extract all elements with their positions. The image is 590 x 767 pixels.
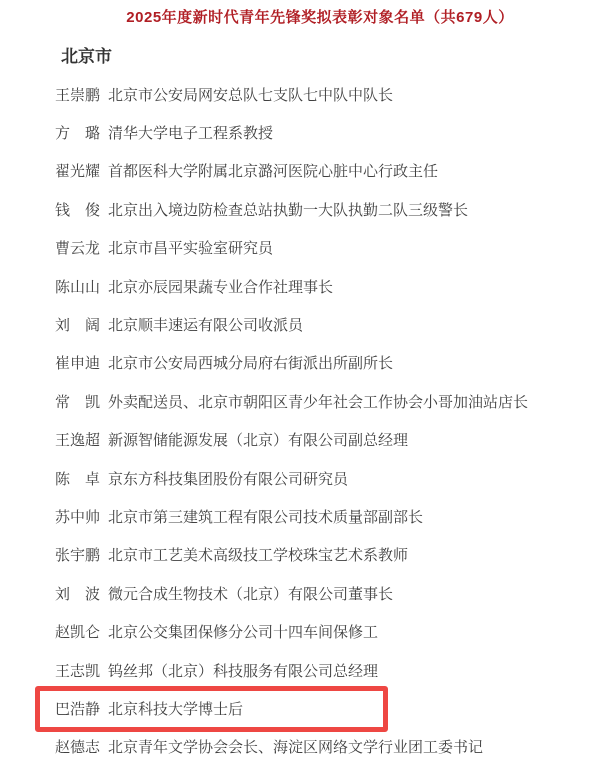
person-title: 北京市第三建筑工程有限公司技术质量部副部长 bbox=[108, 506, 423, 527]
list-item: 王崇鹏 北京市公安局网安总队七支队七中队中队长 bbox=[0, 75, 590, 113]
list-item: 王逸超 新源智储能源发展（北京）有限公司副总经理 bbox=[0, 421, 590, 459]
list-item: 张宇鹏 北京市工艺美术高级技工学校珠宝艺术系教师 bbox=[0, 536, 590, 574]
person-title: 北京市公安局西城分局府右街派出所副所长 bbox=[108, 352, 393, 373]
person-name: 张宇鹏 bbox=[55, 544, 100, 565]
list-item: 刘 波 微元合成生物技术（北京）有限公司董事长 bbox=[0, 574, 590, 612]
person-name: 刘 波 bbox=[55, 583, 100, 604]
list-item: 常 凯 外卖配送员、北京市朝阳区青少年社会工作协会小哥加油站店长 bbox=[0, 382, 590, 420]
list-item: 崔申迪 北京市公安局西城分局府右街派出所副所长 bbox=[0, 344, 590, 382]
person-name: 陈山山 bbox=[55, 276, 100, 297]
person-title: 新源智储能源发展（北京）有限公司副总经理 bbox=[108, 429, 408, 450]
person-name: 陈 卓 bbox=[55, 468, 100, 489]
list-item: 曹云龙 北京市昌平实验室研究员 bbox=[0, 229, 590, 267]
person-title: 微元合成生物技术（北京）有限公司董事长 bbox=[108, 583, 393, 604]
person-title: 北京市昌平实验室研究员 bbox=[108, 237, 273, 258]
person-title: 北京顺丰速运有限公司收派员 bbox=[108, 314, 303, 335]
person-title: 北京亦辰园果蔬专业合作社理事长 bbox=[108, 276, 333, 297]
person-name: 刘 阔 bbox=[55, 314, 100, 335]
person-title: 北京青年文学协会会长、海淀区网络文学行业团工委书记 bbox=[108, 736, 483, 757]
document-page: 2025年度新时代青年先锋奖拟表彰对象名单（共679人） 北京市 王崇鹏 北京市… bbox=[0, 0, 590, 767]
person-name: 赵凯仑 bbox=[55, 621, 100, 642]
list-item: 翟光耀 首都医科大学附属北京潞河医院心脏中心行政主任 bbox=[0, 152, 590, 190]
person-title: 首都医科大学附属北京潞河医院心脏中心行政主任 bbox=[108, 160, 438, 181]
list-item: 赵德志 北京青年文学协会会长、海淀区网络文学行业团工委书记 bbox=[0, 728, 590, 766]
person-name: 王志凯 bbox=[55, 660, 100, 681]
person-name: 巴浩静 bbox=[55, 698, 100, 719]
person-title: 外卖配送员、北京市朝阳区青少年社会工作协会小哥加油站店长 bbox=[108, 391, 528, 412]
list-item: 方 璐 清华大学电子工程系教授 bbox=[0, 113, 590, 151]
person-name: 赵德志 bbox=[55, 736, 100, 757]
list-item: 陈山山 北京亦辰园果蔬专业合作社理事长 bbox=[0, 267, 590, 305]
person-title: 清华大学电子工程系教授 bbox=[108, 122, 273, 143]
list-item: 钱 俊 北京出入境边防检查总站执勤一大队执勤二队三级警长 bbox=[0, 190, 590, 228]
person-name: 曹云龙 bbox=[55, 237, 100, 258]
person-name: 苏中帅 bbox=[55, 506, 100, 527]
person-name: 王逸超 bbox=[55, 429, 100, 450]
person-title: 钨丝邦（北京）科技服务有限公司总经理 bbox=[108, 660, 378, 681]
list-item: 苏中帅 北京市第三建筑工程有限公司技术质量部副部长 bbox=[0, 497, 590, 535]
person-name: 王崇鹏 bbox=[55, 84, 100, 105]
person-name: 方 璐 bbox=[55, 122, 100, 143]
list-item: 巴浩静 北京科技大学博士后 bbox=[0, 689, 590, 727]
person-name: 崔申迪 bbox=[55, 352, 100, 373]
person-title: 北京公交集团保修分公司十四车间保修工 bbox=[108, 621, 378, 642]
list-item: 刘 阔 北京顺丰速运有限公司收派员 bbox=[0, 305, 590, 343]
list-item: 陈 卓 京东方科技集团股份有限公司研究员 bbox=[0, 459, 590, 497]
person-name: 常 凯 bbox=[55, 391, 100, 412]
list-item: 王志凯 钨丝邦（北京）科技服务有限公司总经理 bbox=[0, 651, 590, 689]
person-name: 翟光耀 bbox=[55, 160, 100, 181]
person-name: 钱 俊 bbox=[55, 199, 100, 220]
section-header-beijing: 北京市 bbox=[0, 47, 590, 67]
person-title: 北京出入境边防检查总站执勤一大队执勤二队三级警长 bbox=[108, 199, 468, 220]
award-list: 王崇鹏 北京市公安局网安总队七支队七中队中队长 方 璐 清华大学电子工程系教授 … bbox=[0, 75, 590, 766]
person-title: 北京市工艺美术高级技工学校珠宝艺术系教师 bbox=[108, 544, 408, 565]
person-title: 京东方科技集团股份有限公司研究员 bbox=[108, 468, 348, 489]
person-title: 北京市公安局网安总队七支队七中队中队长 bbox=[108, 84, 393, 105]
person-title: 北京科技大学博士后 bbox=[108, 698, 243, 719]
document-title: 2025年度新时代青年先锋奖拟表彰对象名单（共679人） bbox=[0, 7, 590, 28]
list-item: 赵凯仑 北京公交集团保修分公司十四车间保修工 bbox=[0, 612, 590, 650]
